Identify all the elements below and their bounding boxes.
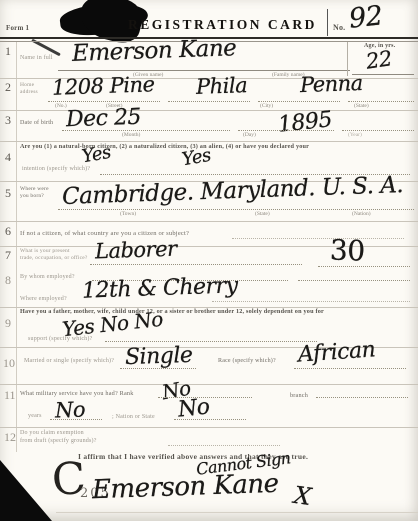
row6-number: 6 [5, 224, 11, 239]
birth-year-sublabel: (Year) [348, 132, 362, 138]
row7-question-line2: trade, occupation, or office? [20, 255, 88, 261]
birth-year-handwriting: 1895 [277, 107, 333, 138]
occupation-right-handwriting: 30 [329, 233, 365, 267]
address-state-sublabel: (State) [354, 103, 369, 109]
row2-number: 2 [5, 80, 11, 95]
row1-question: Name in full [20, 55, 53, 61]
row11-branch-label: branch [290, 392, 308, 399]
card-bottom-edge [56, 512, 418, 513]
exemption-blank-line [168, 445, 280, 446]
birthplace-nation-sublabel: (Nation) [352, 211, 371, 217]
address-number-street-handwriting: 1208 Pine [52, 72, 155, 100]
row10-number: 10 [3, 356, 15, 371]
row8-question-line2: Where employed? [20, 296, 67, 302]
address-blank-1 [48, 101, 160, 102]
row-separator-5 [0, 221, 418, 222]
birthplace-handwriting: Cambridge. Maryland. U. S. A. [62, 172, 404, 210]
occupation-handwriting: Laborer [95, 237, 177, 264]
row10-question-race: Race (specify which)? [218, 358, 276, 364]
where-employed-blank-line [212, 301, 410, 302]
occupation-blank-line [90, 264, 302, 265]
signature-handwriting: Emerson Kane [92, 469, 279, 505]
row-separator-2 [0, 110, 418, 111]
address-state-handwriting: Penna [300, 71, 363, 97]
row-separator-3 [0, 141, 418, 142]
where-employed-handwriting: 12th & Cherry [82, 273, 238, 303]
no-box-divider [327, 9, 328, 36]
citizen-answer-1-handwriting: Yes [80, 142, 112, 168]
row9-question-line1: Have you a father, mother, wife, child u… [20, 308, 324, 315]
name-handwriting: Emerson Kane [72, 35, 237, 67]
birth-day-sublabel: (Day) [243, 132, 256, 138]
row1-number: 1 [5, 44, 11, 59]
row12-question-line1: Do you claim exemption [20, 430, 84, 436]
margin-vline [16, 42, 17, 452]
row7-question-line1: What is your present [20, 248, 70, 254]
birthplace-town-sublabel: (Town) [120, 211, 136, 217]
row9-question-line2: support (specify which)? [28, 336, 92, 342]
registration-card: Form 1 REGISTRATION CARD No. 92 1 Name i… [0, 0, 418, 521]
row7-number: 7 [5, 248, 11, 263]
row11-question-rank: What military service have you had? Rank [20, 390, 134, 397]
row3-question: Date of birth [20, 120, 53, 126]
branch-blank-line [316, 397, 408, 398]
birth-blank-2 [238, 130, 334, 131]
race-blank-line [294, 368, 406, 369]
birth-blank-1 [62, 130, 230, 131]
birth-month-day-handwriting: Dec 25 [66, 105, 142, 133]
marital-status-handwriting: Single [125, 343, 193, 370]
row8-number: 8 [5, 273, 11, 288]
form-number-label: Form 1 [6, 24, 29, 32]
row5-question-line2: you born? [20, 193, 44, 199]
address-blank-2 [168, 101, 250, 102]
address-city-handwriting: Phila [196, 73, 248, 99]
no-label: No. [333, 23, 345, 32]
address-city-sublabel: (City) [260, 103, 273, 109]
row12-number: 12 [4, 430, 16, 445]
row6-question: If not a citizen, of what country are yo… [20, 230, 189, 237]
address-blank-4 [348, 101, 414, 102]
row6-blank-line [232, 238, 404, 239]
address-blank-3 [258, 101, 340, 102]
citizen-answer-2-handwriting: Yes [180, 145, 212, 171]
birthplace-blank-line [58, 209, 414, 210]
marital-blank-line [120, 368, 196, 369]
row11-number: 11 [4, 388, 16, 403]
card-number-handwriting: 92 [347, 0, 383, 34]
dependents-blank-line [105, 341, 317, 342]
row11-nation-label: ; Nation or State [112, 414, 155, 420]
row5-question-line1: Where were [20, 186, 49, 192]
age-handwriting: 22 [364, 46, 393, 73]
nation-blank-line [174, 419, 246, 420]
row4-number: 4 [5, 150, 11, 165]
employer-blank-2 [298, 280, 410, 281]
years-blank-line [50, 419, 102, 420]
row3-number: 3 [5, 113, 11, 128]
row-separator-11 [0, 427, 418, 428]
row4-question-line1: Are you (1) a natural-born citizen, (2) … [20, 143, 309, 150]
birthplace-state-sublabel: (State) [255, 211, 270, 217]
row9-number: 9 [5, 316, 11, 331]
page-corner-fold [0, 460, 52, 521]
row11-years-label: years [28, 413, 42, 419]
race-handwriting: African [297, 337, 376, 367]
occupation-right-blank-line [318, 266, 410, 267]
row12-question-line2: from draft (specify grounds)? [20, 438, 97, 444]
birth-blank-3 [342, 130, 414, 131]
row8-question-line1: By whom employed? [20, 274, 75, 280]
name-blank-line [58, 70, 350, 71]
card-title: REGISTRATION CARD [128, 17, 317, 33]
row10-question-married: Married or single (specify which)? [24, 358, 114, 364]
row5-number: 5 [5, 186, 11, 201]
row2-question-line2: address [20, 89, 38, 95]
row4-question-line2: intention (specify which)? [22, 166, 90, 172]
signature-mark-x: X [292, 481, 312, 511]
row-separator-10 [0, 384, 418, 385]
birth-month-sublabel: (Month) [122, 132, 140, 138]
row2-question-line1: Home [20, 82, 34, 88]
